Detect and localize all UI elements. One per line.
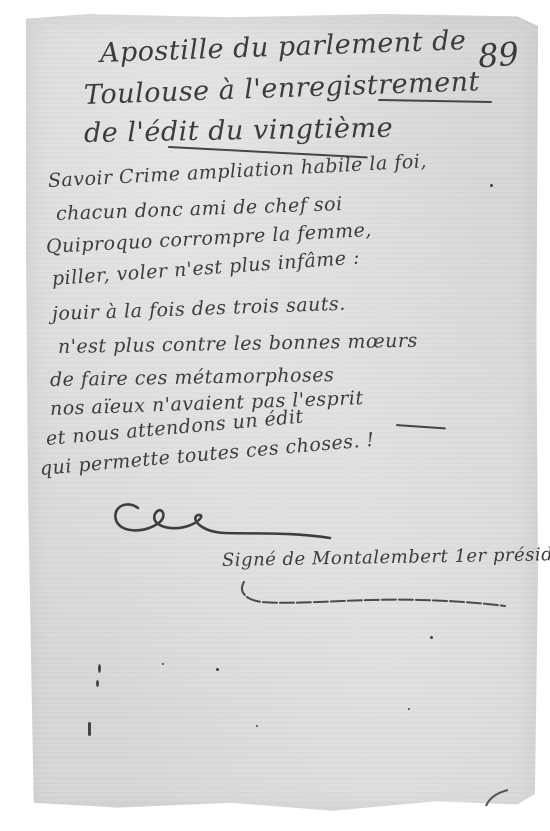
ink-mark — [88, 722, 91, 736]
ink-mark — [216, 668, 219, 671]
ink-mark — [98, 664, 101, 673]
page-number: 89 — [477, 35, 520, 76]
scanned-manuscript: 89 Apostille du parlement de Toulouse à … — [0, 0, 550, 831]
heading-line-3: de l'édit du vingtième — [84, 113, 394, 149]
ink-mark — [430, 636, 433, 639]
ink-mark — [256, 725, 258, 727]
ink-mark — [408, 708, 410, 710]
ink-mark — [490, 184, 493, 187]
ink-mark — [96, 680, 99, 687]
ink-mark — [162, 663, 164, 665]
